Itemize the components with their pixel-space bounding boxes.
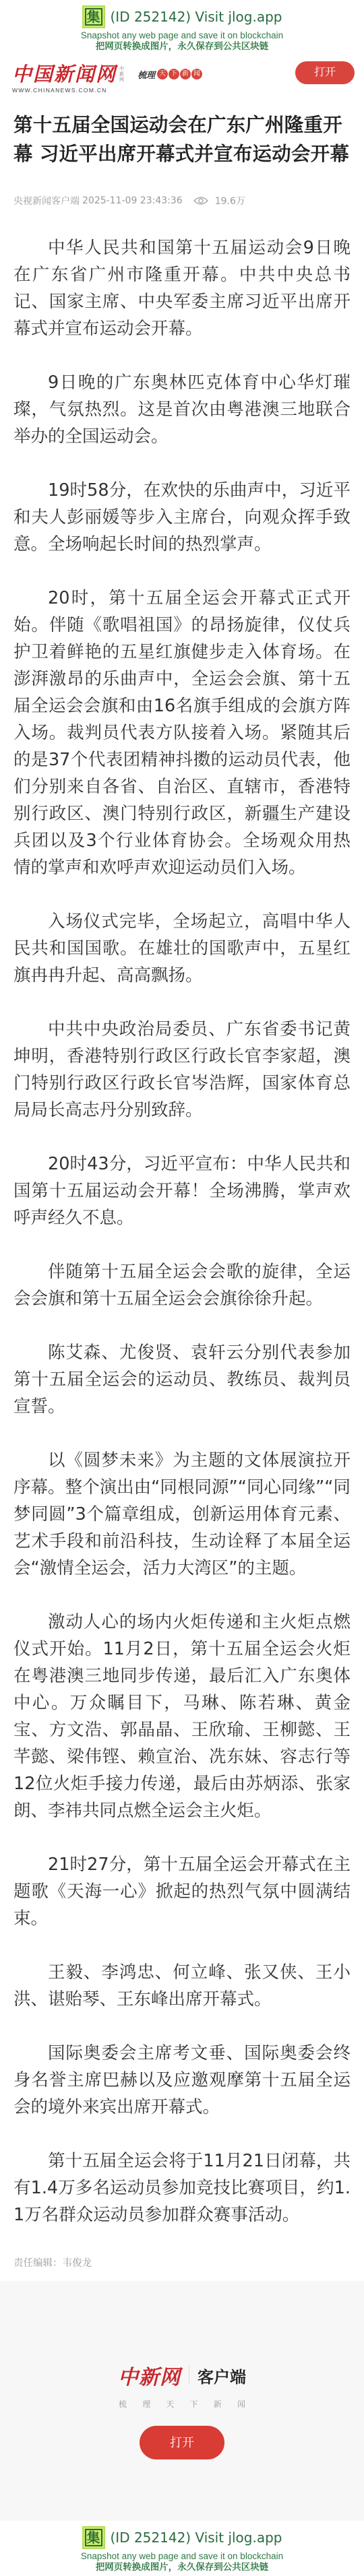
jlog-glyph: 集 <box>85 8 102 26</box>
jlog-banner-title[interactable]: (ID 252142) Visit jlog.app <box>111 2530 282 2546</box>
article-datetime: 2025-11-09 23:43:36 <box>82 195 183 206</box>
paragraph: 激动人心的场内火炬传递和主火炬点燃仪式开始。11月2日，第十五届全运会火炬在粤港… <box>13 1609 351 1824</box>
jlog-banner-top[interactable]: 集 (ID 252142) Visit jlog.app Snapshot an… <box>0 0 364 55</box>
paragraph: 第十五届全运会将于11月21日闭幕，共有1.4万多名运动员参加竞技比赛项目，约1… <box>13 2148 351 2228</box>
jlog-banner-subtitle-en: Snapshot any web page and save it on blo… <box>0 30 364 41</box>
paragraph: 中共中央政治局委员、广东省委书记黄坤明，香港特别行政区行政长官李家超，澳门特别行… <box>13 1016 351 1124</box>
article-body: 中华人民共和国第十五届运动会9日晚在广东省广州市隆重开幕。中共中央总书记、国家主… <box>13 234 351 2228</box>
slogan-circle: 新 <box>180 69 191 79</box>
site-header: 中国新闻网 中 新 网 WWW.CHINANEWS.COM.CN 梳理 天 下 … <box>0 55 364 101</box>
slogan-circle: 下 <box>169 69 179 79</box>
promo-slogan-char: 梳 <box>119 2398 127 2410</box>
slogan-prefix: 梳理 <box>138 68 155 81</box>
jlog-banner-subtitle-en: Snapshot any web page and save it on blo… <box>0 2551 364 2562</box>
promo-logo: 中新网 客户端 <box>118 2360 246 2390</box>
logo-vert-char: 新 <box>119 71 124 77</box>
slogan-circle: 天 <box>157 69 168 79</box>
paragraph: 9日晚的广东奥林匹克体育中心华灯璀璨，气氛热烈。这是首次由粤港澳三地联合举办的全… <box>13 369 351 450</box>
promo-slogan: 梳 理 天 下 新 闻 <box>119 2398 245 2410</box>
paragraph: 19时58分，在欢快的乐曲声中，习近平和夫人彭丽媛等步入主席台，向观众挥手致意。… <box>13 477 351 558</box>
promo-open-button[interactable]: 打开 <box>140 2426 224 2459</box>
jlog-banner-subtitle-zh: 把网页转换成图片，永久保存到公共区块链 <box>0 2562 364 2573</box>
promo-slogan-char: 天 <box>166 2398 174 2410</box>
paragraph: 21时27分，第十五届全运会开幕式在主题歌《天海一心》掀起的热烈气氛中圆满结束。 <box>13 1851 351 1932</box>
article-title: 第十五届全国运动会在广东广州隆重开幕 习近平出席开幕式并宣布运动会开幕 <box>13 110 351 168</box>
logo-vert-char: 网 <box>119 77 124 82</box>
paragraph: 中华人民共和国第十五届运动会9日晚在广东省广州市隆重开幕。中共中央总书记、国家主… <box>13 234 351 342</box>
paragraph: 伴随第十五届全运会会歌的旋律，全运会会旗和第十五届全运会会旗徐徐升起。 <box>13 1258 351 1312</box>
promo-divider <box>189 2366 189 2385</box>
paragraph: 以《圆梦未来》为主题的文体展演拉开序幕。整个演出由“同根同源”“同心同缘”“同梦… <box>13 1447 351 1582</box>
promo-slogan-char: 新 <box>214 2398 222 2410</box>
logo-vertical-text: 中 新 网 <box>119 66 124 82</box>
slogan-circle: 闻 <box>191 69 202 79</box>
eye-icon <box>193 196 208 205</box>
chinanews-logo[interactable]: 中国新闻网 中 新 网 WWW.CHINANEWS.COM.CN <box>12 63 124 94</box>
paragraph: 20时，第十五届全运会开幕式正式开始。伴随《歌唱祖国》的昂扬旋律，仪仗兵护卫着鲜… <box>13 585 351 881</box>
jlog-glyph: 集 <box>85 2529 102 2546</box>
article: 第十五届全国运动会在广东广州隆重开幕 习近平出席开幕式并宣布运动会开幕 央视新闻… <box>0 110 364 2273</box>
jlog-logo-icon: 集 <box>82 5 105 28</box>
promo-slogan-char: 闻 <box>237 2398 245 2410</box>
promo-client-label: 客户端 <box>198 2364 246 2387</box>
article-meta: 央视新闻客户端 2025-11-09 23:43:36 19.6万 <box>13 194 351 207</box>
jlog-banner-row: 集 (ID 252142) Visit jlog.app <box>0 2526 364 2549</box>
paragraph: 20时43分，习近平宣布：中华人民共和国第十五届运动会开幕！全场沸腾，掌声欢呼声… <box>13 1151 351 1231</box>
promo-slogan-char: 下 <box>190 2398 198 2410</box>
jlog-banner-subtitle-zh: 把网页转换成图片，永久保存到公共区块链 <box>0 41 364 53</box>
jlog-banner-title[interactable]: (ID 252142) Visit jlog.app <box>111 9 282 25</box>
logo-url: WWW.CHINANEWS.COM.CN <box>12 87 124 94</box>
paragraph: 入场仪式完毕，全场起立，高唱中华人民共和国国歌。在雄壮的国歌声中，五星红旗冉冉升… <box>13 908 351 989</box>
logo-top: 中国新闻网 中 新 网 <box>12 63 124 86</box>
jlog-logo-icon: 集 <box>82 2526 105 2549</box>
jlog-banner-row: 集 (ID 252142) Visit jlog.app <box>0 5 364 28</box>
article-source: 央视新闻客户端 <box>13 194 80 207</box>
paragraph: 王毅、李鸿忠、何立峰、张又侠、王小洪、谌贻琴、王东峰出席开幕式。 <box>13 1959 351 2013</box>
view-count: 19.6万 <box>215 194 245 207</box>
jlog-banner-bottom[interactable]: 集 (ID 252142) Visit jlog.app Snapshot an… <box>0 2521 364 2576</box>
logo-text: 中国新闻网 <box>12 63 117 86</box>
responsible-editor: 责任编辑：韦俊龙 <box>13 2255 351 2273</box>
logo-vert-char: 中 <box>119 66 124 71</box>
paragraph: 陈艾森、尤俊贤、袁轩云分别代表参加第十五届全运会的运动员、教练员、裁判员宣誓。 <box>13 1339 351 1420</box>
promo-brand: 中新网 <box>118 2360 181 2390</box>
open-app-button[interactable]: 打开 <box>295 61 355 84</box>
paragraph: 国际奥委会主席考文垂、国际奥委会终身名誉主席巴赫以及应邀观摩第十五届全运会的境外… <box>13 2040 351 2121</box>
header-slogan: 梳理 天 下 新 闻 <box>138 68 203 81</box>
app-promo: 中新网 客户端 梳 理 天 下 新 闻 打开 <box>0 2281 364 2521</box>
promo-slogan-char: 理 <box>142 2398 150 2410</box>
